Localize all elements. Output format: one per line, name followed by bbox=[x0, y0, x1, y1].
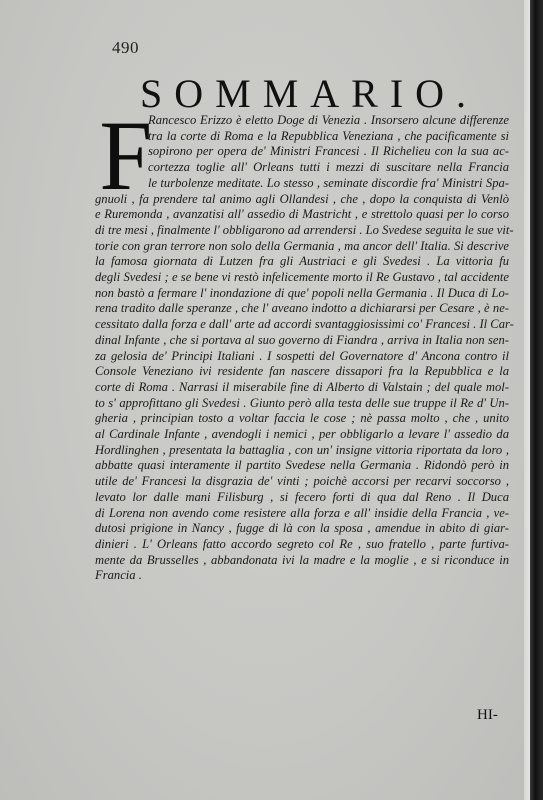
text-line: dutosi prigione in Nancy , fugge di là c… bbox=[95, 521, 509, 537]
text-line: tra la corte di Roma e la Repubblica Ven… bbox=[95, 129, 509, 145]
text-line: e Ruremonda , avanzatisi all' assedio di… bbox=[95, 207, 509, 223]
text-line: abbatte quasi interamente il partito Sve… bbox=[95, 458, 509, 474]
text-line: degli Svedesi ; e se bene vi restò infel… bbox=[95, 270, 509, 286]
text-line: to s' approfittano gli Svedesi . Giunto … bbox=[95, 396, 509, 412]
text-line: di tre mesi , finalmente l' obbligarono … bbox=[95, 223, 509, 239]
text-line: al Cardinale Infante , avendogli i nemic… bbox=[95, 427, 509, 443]
text-line: le turbolenze meditate. Lo stesso , semi… bbox=[95, 176, 509, 192]
text-line: mente da Brusselles , abbandonata ivi la… bbox=[95, 553, 509, 569]
text-line: la famosa giornata di Lutzen fra gli Aus… bbox=[95, 254, 509, 270]
text-line: sopirono per opera de' Ministri Francesi… bbox=[95, 144, 509, 160]
text-line: Hordlinghen , presentata la battaglia , … bbox=[95, 443, 509, 459]
text-line: corte di Roma . Narrasi il miserabile fi… bbox=[95, 380, 509, 396]
text-line: dinal Infante , che si portava al suo go… bbox=[95, 333, 509, 349]
book-page: 490 SOMMARIO. F Rancesco Erizzo è eletto… bbox=[0, 0, 530, 800]
text-line: gheria , principian tosto a voltar facci… bbox=[95, 411, 509, 427]
text-line: Rancesco Erizzo è eletto Doge di Venezia… bbox=[95, 113, 509, 129]
text-line: cortezza toglie all' Orleans tutti i mez… bbox=[95, 160, 509, 176]
text-line: rena tradito dalle speranze , che l' ave… bbox=[95, 301, 509, 317]
text-line: non bastò a fermare l' inondazione di qu… bbox=[95, 286, 509, 302]
text-line: za gelosia de' Principi Italiani . I sos… bbox=[95, 349, 509, 365]
text-line: levato lor dalle mani Filisburg , si fec… bbox=[95, 490, 509, 506]
text-line: Console Veneziano ivi residente fan nasc… bbox=[95, 364, 509, 380]
text-line: cessitato dalla forza e dall' arte ad ac… bbox=[95, 317, 509, 333]
page-number: 490 bbox=[112, 38, 139, 58]
text-line: Francia . bbox=[95, 568, 509, 584]
text-line: gnuoli , fa prendere tal animo agli Olla… bbox=[95, 192, 509, 208]
catchword: HI- bbox=[477, 707, 498, 724]
summary-text: Rancesco Erizzo è eletto Doge di Venezia… bbox=[95, 113, 509, 584]
text-line: torie con gran terrore non solo della Ge… bbox=[95, 239, 509, 255]
text-line: utile de' Francesi la disgrazia de' vint… bbox=[95, 474, 509, 490]
page-title: SOMMARIO. bbox=[140, 70, 480, 117]
text-line: dinieri . L' Orleans fatto accordo segre… bbox=[95, 537, 509, 553]
book-edge bbox=[530, 0, 543, 800]
text-line: di Lorena non avendo come resistere alla… bbox=[95, 506, 509, 522]
